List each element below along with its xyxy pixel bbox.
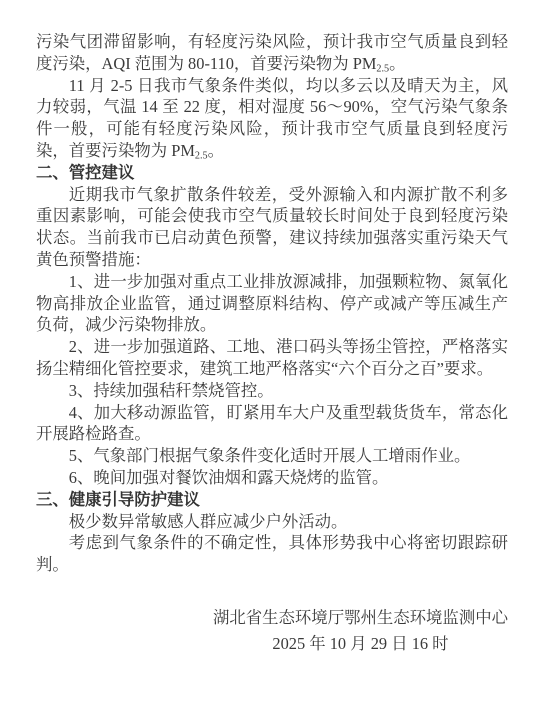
- document-page: 污染气团滞留影响，有轻度污染风险，预计我市空气质量良到轻度污染，AQI 范围为 …: [0, 0, 544, 709]
- list-item-5: 5、气象部门根据气象条件变化适时开展人工增雨作业。: [36, 445, 508, 467]
- list-item-1: 1、进一步加强对重点工业排放源减排，加强颗粒物、氮氧化物高排放企业监管，通过调整…: [36, 271, 508, 336]
- paragraph-control-overview: 近期我市气象扩散条件较差，受外源输入和内源扩散不利多重因素影响，可能会使我市空气…: [36, 184, 508, 271]
- signature-date: 2025 年 10 月 29 日 16 时: [213, 633, 508, 655]
- list-item-3: 3、持续加强秸秆禁烧管控。: [36, 380, 508, 402]
- signature-org: 湖北省生态环境厅鄂州生态环境监测中心: [213, 607, 508, 629]
- list-item-4: 4、加大移动源监管，盯紧用车大户及重型载货货车，常态化开展路检路查。: [36, 402, 508, 446]
- paragraph-forecast-continued: 污染气团滞留影响，有轻度污染风险，预计我市空气质量良到轻度污染，AQI 范围为 …: [36, 31, 508, 75]
- paragraph-health-sensitive-groups: 极少数异常敏感人群应减少户外活动。: [36, 511, 508, 533]
- paragraph-forecast-nov2-5: 11 月 2-5 日我市气象条件类似，均以多云以及晴天为主，风力较弱，气温 14…: [36, 75, 508, 162]
- list-item-2: 2、进一步加强道路、工地、港口码头等扬尘管控，严格落实扬尘精细化管控要求，建筑工…: [36, 336, 508, 380]
- list-item-6: 6、晚间加强对餐饮油烟和露天烧烤的监管。: [36, 467, 508, 489]
- section-heading-control-measures: 二、管控建议: [36, 162, 508, 184]
- section-heading-health-guidance: 三、健康引导防护建议: [36, 489, 508, 511]
- paragraph-uncertainty-note: 考虑到气象条件的不确定性，具体形势我中心将密切跟踪研判。: [36, 532, 508, 576]
- signature-block: 湖北省生态环境厅鄂州生态环境监测中心 2025 年 10 月 29 日 16 时: [36, 607, 508, 655]
